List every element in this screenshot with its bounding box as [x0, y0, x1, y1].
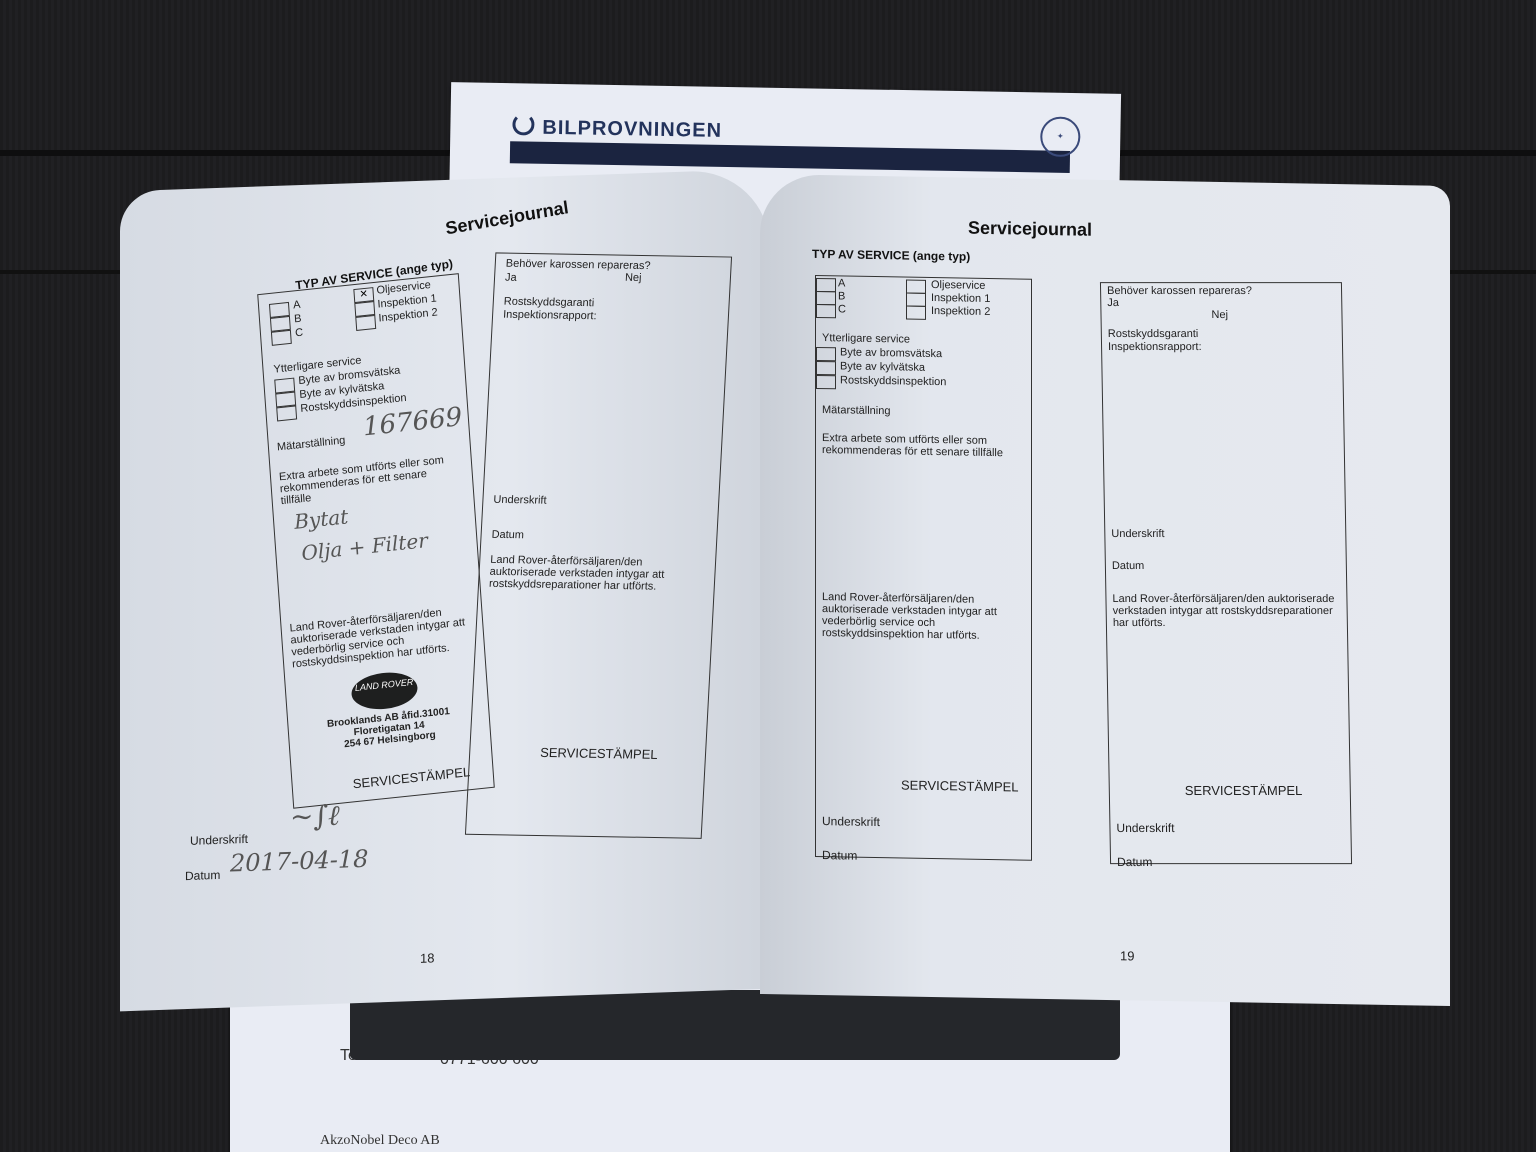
page-title: Servicejournal — [968, 218, 1092, 241]
body-repair-no: Nej — [1211, 309, 1228, 321]
body-repair-yes: Ja — [505, 272, 517, 284]
body-repair-yes: Ja — [1107, 297, 1119, 309]
extra-work-label: Extra arbete som utförts eller som rekom… — [279, 453, 461, 508]
label-a: A — [838, 277, 845, 289]
signature-label: Underskrift — [190, 832, 248, 848]
label-inspektion-1: Inspektion 1 — [931, 292, 990, 305]
inspection-report-label: Inspektionsrapport: — [503, 309, 597, 323]
bilprovningen-title: BILPROVNINGEN — [542, 117, 722, 142]
service-form-box: A B C ✕ Oljeservice Inspektion 1 Inspekt… — [257, 273, 495, 809]
dealer-certification-text: Land Rover-återförsäljaren/den auktorise… — [822, 591, 1022, 642]
rust-signature-label-bottom: Underskrift — [1116, 821, 1174, 835]
page-18: Servicejournal TYP AV SERVICE (ange typ)… — [120, 169, 770, 1012]
service-date-value: 2017-04-18 — [230, 845, 368, 878]
rust-warranty-label: Rostskyddsgaranti — [1108, 328, 1199, 340]
inspection-report-label: Inspektionsrapport: — [1108, 341, 1202, 353]
label-inspektion-2: Inspektion 2 — [931, 305, 990, 318]
label-a: A — [293, 299, 301, 312]
rust-date-label: Datum — [491, 529, 524, 542]
label-c: C — [295, 327, 304, 340]
swedac-seal-icon: ✦ — [1040, 116, 1081, 157]
bilprovningen-header: BILPROVNINGEN — [512, 113, 722, 143]
checkbox-c[interactable] — [816, 304, 836, 318]
checkbox-inspektion-2[interactable] — [906, 306, 926, 320]
service-type-heading: TYP AV SERVICE (ange typ) — [812, 247, 970, 264]
service-stamp-label: SERVICESTÄMPEL — [352, 764, 470, 791]
checkbox-brake-fluid[interactable] — [816, 347, 836, 361]
odometer-value: 167669 — [362, 402, 463, 442]
bilprovningen-logo-icon — [512, 113, 534, 135]
additional-service-heading: Ytterligare service — [822, 332, 910, 346]
label-oljeservice: Oljeservice — [931, 279, 985, 292]
dealer-certification-text: Land Rover-återförsäljaren/den auktorise… — [289, 603, 477, 670]
service-form-box: A B C Oljeservice Inspektion 1 Inspektio… — [815, 275, 1032, 861]
extra-work-handwriting-line-1: Bytat — [293, 504, 349, 534]
rust-date-label-bottom: Datum — [1117, 855, 1153, 869]
label-c: C — [838, 303, 846, 315]
page-19: Servicejournal TYP AV SERVICE (ange typ)… — [760, 174, 1450, 1006]
page-number: 18 — [420, 950, 434, 966]
date-label: Datum — [185, 868, 220, 883]
label-b: B — [838, 290, 845, 302]
label-rust-inspection: Rostskyddsinspektion — [840, 374, 946, 388]
rust-warranty-label: Rostskyddsgaranti — [503, 296, 594, 310]
checkbox-rust-inspection[interactable] — [816, 375, 836, 389]
body-repair-box: Behöver karossen repareras? Ja Nej Rosts… — [465, 252, 732, 838]
extra-work-handwriting-line-2: Olja + Filter — [301, 528, 429, 565]
body-repair-no: Nej — [625, 272, 642, 284]
rust-date-label: Datum — [1112, 560, 1145, 572]
rust-service-stamp-label: SERVICESTÄMPEL — [1185, 783, 1303, 798]
checkbox-coolant[interactable] — [816, 361, 836, 375]
page-title: Servicejournal — [444, 197, 570, 239]
rust-signature-label: Underskrift — [1111, 528, 1164, 540]
checkbox-inspektion-2[interactable] — [355, 315, 376, 331]
odometer-label: Mätarställning — [822, 404, 890, 417]
label-coolant: Byte av kylvätska — [840, 360, 925, 373]
logo-text: LAND ROVER — [355, 677, 414, 693]
body-repair-box: Behöver karossen repareras? Ja Nej Rosts… — [1100, 282, 1352, 864]
page-number: 19 — [1120, 948, 1134, 963]
dealer-stamp: Brooklands AB åfid.31001 Floretigatan 14… — [318, 705, 460, 752]
rust-signature-label: Underskrift — [493, 494, 547, 507]
label-brake-fluid: Byte av bromsvätska — [840, 346, 942, 360]
checkbox-rust-inspection[interactable] — [276, 405, 297, 421]
rust-certification-text: Land Rover-återförsäljaren/den auktorise… — [489, 554, 706, 594]
signature-label: Underskrift — [822, 814, 880, 829]
date-label: Datum — [822, 848, 857, 863]
leather-wallet — [350, 990, 1120, 1060]
navy-band — [510, 141, 1070, 173]
company-name: AkzoNobel Deco AB — [320, 1133, 440, 1149]
odometer-label: Mätarställning — [277, 434, 346, 453]
body-repair-question: Behöver karossen repareras? — [505, 258, 650, 273]
service-stamp-label: SERVICESTÄMPEL — [901, 777, 1019, 794]
label-b: B — [294, 313, 302, 326]
extra-work-label: Extra arbete som utförts eller som rekom… — [822, 432, 1012, 459]
land-rover-logo-icon: LAND ROVER — [350, 670, 418, 713]
body-repair-question: Behöver karossen repareras? — [1107, 285, 1252, 297]
signature-scribble: ~∫ℓ — [290, 799, 340, 835]
checkbox-c[interactable] — [271, 330, 292, 346]
rust-certification-text: Land Rover-återförsäljaren/den auktorise… — [1112, 593, 1338, 629]
rust-service-stamp-label: SERVICESTÄMPEL — [540, 745, 658, 762]
service-booklet: Servicejournal TYP AV SERVICE (ange typ)… — [120, 180, 1450, 1000]
